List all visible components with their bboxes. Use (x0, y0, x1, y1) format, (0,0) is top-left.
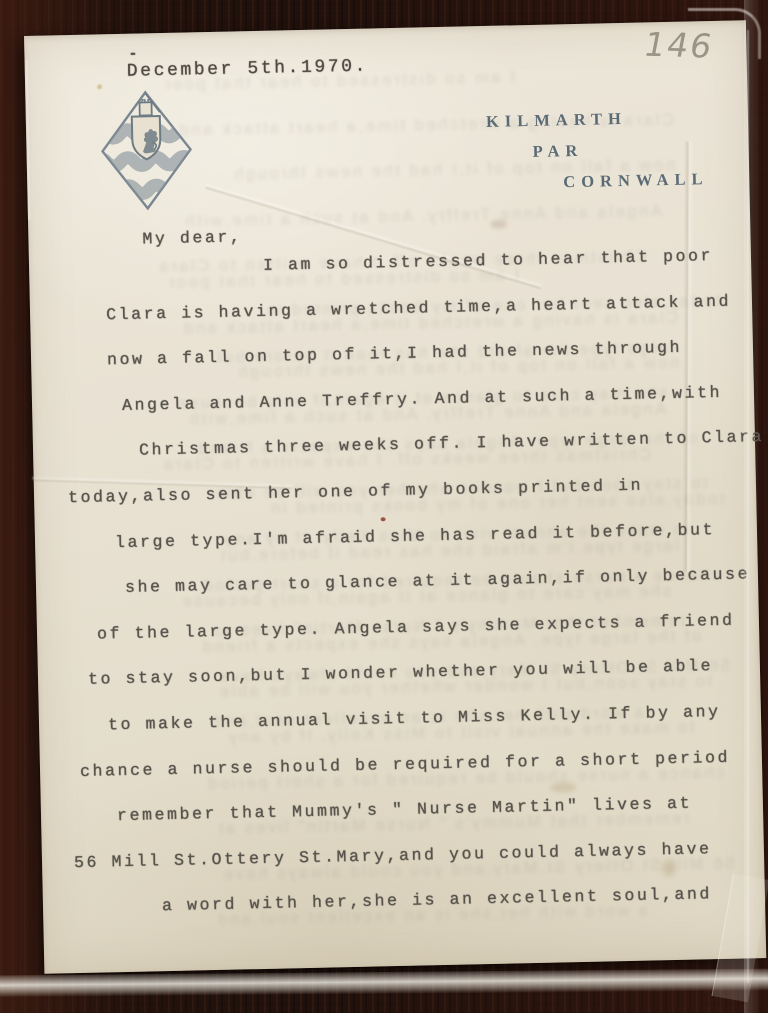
family-crest-icon (97, 88, 196, 212)
foxing-spot (97, 84, 102, 89)
letterhead-line: KILMARTH (486, 101, 708, 137)
letterhead-address: KILMARTH PAR CORNWALL (486, 101, 709, 199)
letter-body: I am so distressed to hear that poorClar… (31, 232, 766, 931)
letter-paper: I am so distressed to hear that poorClar… (24, 20, 766, 974)
foxing-spot (490, 220, 507, 229)
letterhead-line: CORNWALL (563, 163, 709, 197)
typed-date: December 5th.1970. (127, 57, 369, 82)
stray-typed-mark: - (128, 46, 137, 63)
plastic-sleeve-bottom-edge (0, 969, 768, 998)
page-number-annotation: 146 (641, 25, 717, 66)
letterhead-line: PAR (532, 132, 708, 167)
